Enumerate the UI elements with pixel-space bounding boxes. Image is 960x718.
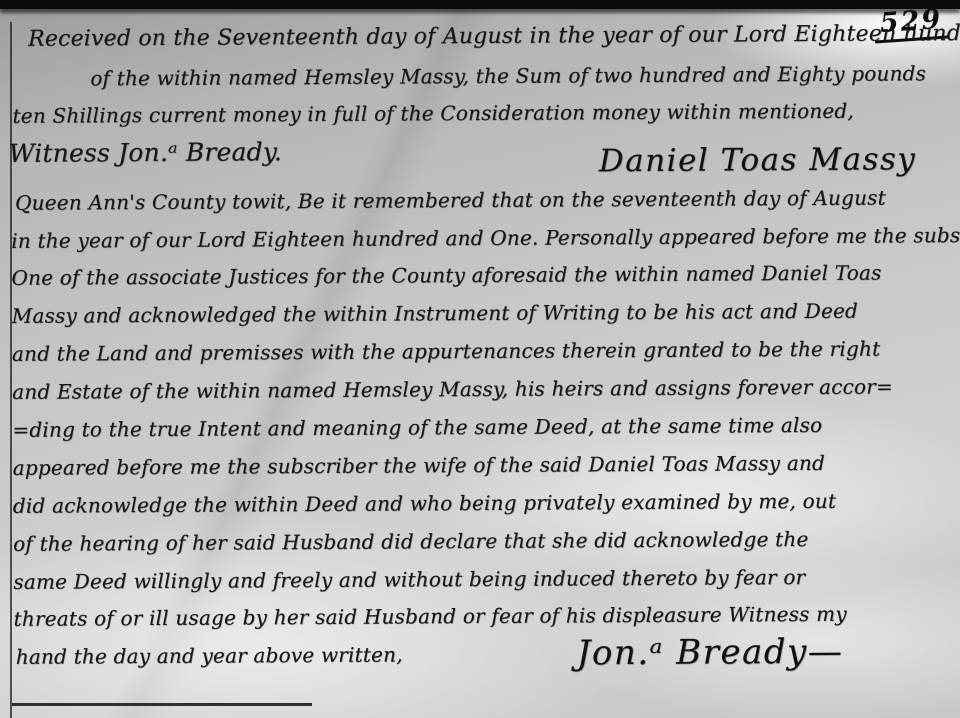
manuscript-line: in the year of our Lord Eighteen hundred… xyxy=(11,223,960,253)
manuscript-line: One of the associate Justices for the Co… xyxy=(11,261,881,290)
manuscript-line: and the Land and premisses with the appu… xyxy=(12,337,880,366)
manuscript-line: Massy and acknowledged the within Instru… xyxy=(12,299,858,328)
manuscript-line: hand the day and year above written, xyxy=(16,642,403,668)
manuscript-line: of the hearing of her said Husband did d… xyxy=(13,527,809,556)
manuscript-line: Received on the Seventeenth day of Augus… xyxy=(28,21,960,52)
manuscript-line: of the within named Hemsley Massy, the S… xyxy=(90,61,926,90)
manuscript-line: and Estate of the within named Hemsley M… xyxy=(12,374,893,403)
witness-line: Witness Jon.ᵃ Bready. xyxy=(9,137,282,168)
manuscript-line: Queen Ann's County towit, Be it remember… xyxy=(15,186,886,215)
manuscript-line: ten Shillings current money in full of t… xyxy=(12,99,854,128)
scanned-deed-page: 529 Received on the Seventeenth day of A… xyxy=(0,0,960,718)
manuscript-line: appeared before me the subscriber the wi… xyxy=(13,451,825,480)
manuscript-text: Received on the Seventeenth day of Augus… xyxy=(0,0,960,718)
manuscript-line: =ding to the true Intent and meaning of … xyxy=(12,413,822,442)
manuscript-line: did acknowledge the within Deed and who … xyxy=(13,489,836,518)
manuscript-line: same Deed willingly and freely and witho… xyxy=(13,565,805,594)
signature-jonathan-bready: Jon.ᵃ Bready— xyxy=(577,632,844,674)
manuscript-line: threats of or ill usage by her said Husb… xyxy=(14,602,847,631)
signature-daniel-toas-massy: Daniel Toas Massy xyxy=(599,141,917,179)
